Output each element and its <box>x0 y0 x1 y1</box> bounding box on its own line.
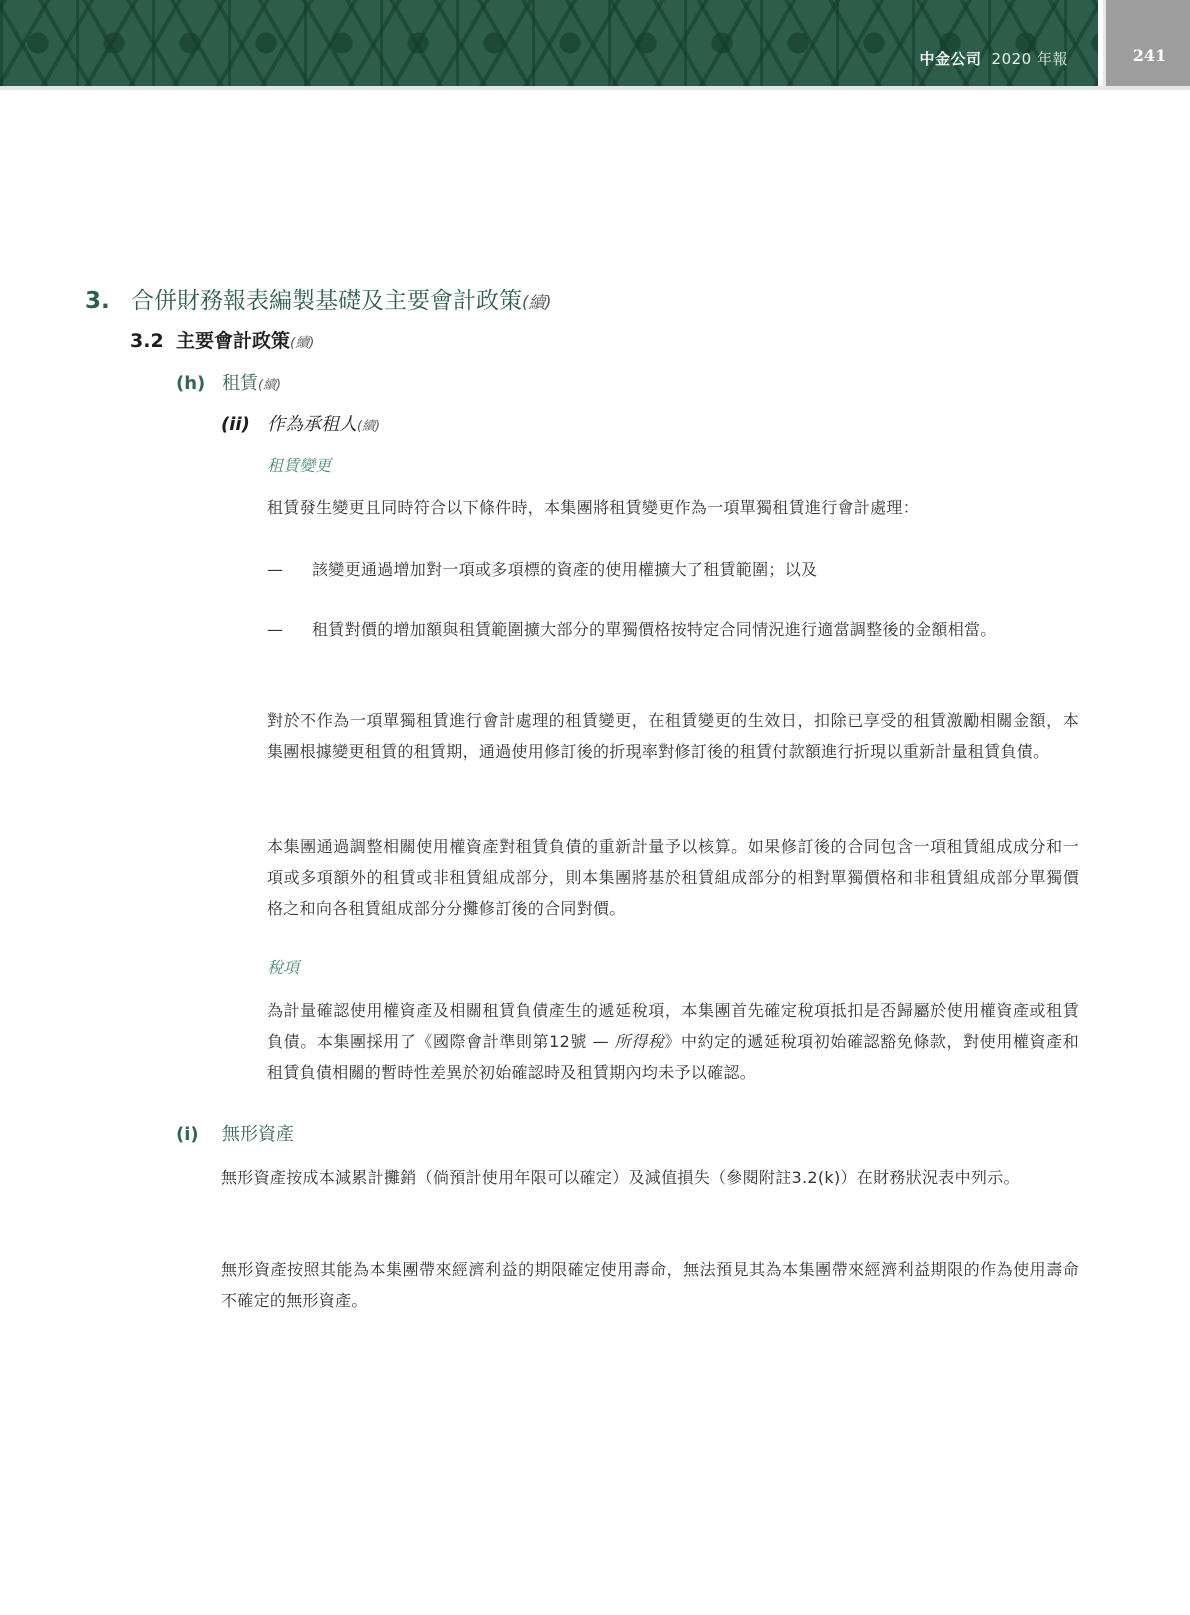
header-divider <box>0 86 1190 90</box>
item-i-number: (i) <box>176 1124 222 1145</box>
section-heading: 3.合併財務報表編製基礎及主要會計政策(續) <box>85 282 551 315</box>
section-title: 合併財務報表編製基礎及主要會計政策 <box>131 288 522 314</box>
tax-heading: 稅項 <box>267 955 299 978</box>
decorative-banner: 中金公司2020 年報 <box>0 0 1098 86</box>
intangible-assets-paragraph-2: 無形資產按照其能為本集團帶來經濟利益的期限確定使用壽命，無法預見其為本集團帶來經… <box>221 1254 1079 1316</box>
item-h-number: (h) <box>176 373 222 394</box>
item-ii-title: 作為承租人 <box>267 414 357 435</box>
subsection-title: 主要會計政策 <box>176 330 290 352</box>
item-h-heading: (h)租賃(續) <box>176 369 281 395</box>
continued-label: (續) <box>522 293 551 312</box>
item-ii-number: (ii) <box>221 414 267 435</box>
lease-modification-intro: 租賃發生變更且同時符合以下條件時，本集團將租賃變更作為一項單獨租賃進行會計處理： <box>267 492 1079 523</box>
item-i-title: 無形資產 <box>222 1124 294 1145</box>
tax-paragraph: 為計量確認使用權資產及相關租賃負債產生的遞延稅項，本集團首先確定稅項抵扣是否歸屬… <box>267 995 1079 1088</box>
page-number: 241 <box>1106 46 1190 65</box>
item-i-heading: (i)無形資產 <box>176 1120 294 1146</box>
page-number-box: 241 <box>1103 0 1190 86</box>
tax-standard-name: 所得稅 <box>615 1032 665 1051</box>
item-h-title: 租賃 <box>222 373 258 394</box>
lease-modification-paragraph-2: 本集團通過調整相關使用權資產對租賃負債的重新計量予以核算。如果修訂後的合同包含一… <box>267 831 1079 924</box>
bullet-item: — 該變更通過增加對一項或多項標的資產的使用權擴大了租賃範圍；以及 <box>267 554 1079 585</box>
company-name: 中金公司 <box>920 50 982 68</box>
subsection-number: 3.2 <box>130 330 176 352</box>
page-header: 中金公司2020 年報 241 <box>0 0 1190 92</box>
bullet-text: 租賃對價的增加額與租賃範圍擴大部分的單獨價格按特定合同情況進行適當調整後的金額相… <box>312 614 1079 645</box>
lease-modification-heading: 租賃變更 <box>267 453 331 476</box>
continued-label: (續) <box>290 335 314 351</box>
continued-label: (續) <box>258 378 281 393</box>
intangible-assets-paragraph-1: 無形資產按成本減累計攤銷（倘預計使用年限可以確定）及減值損失（參閱附註3.2(k… <box>221 1162 1079 1193</box>
report-year: 2020 年報 <box>992 50 1068 68</box>
bullet-item: — 租賃對價的增加額與租賃範圍擴大部分的單獨價格按特定合同情況進行適當調整後的金… <box>267 614 1079 676</box>
lease-modification-paragraph-1: 對於不作為一項單獨租賃進行會計處理的租賃變更，在租賃變更的生效日，扣除已享受的租… <box>267 705 1079 767</box>
section-number: 3. <box>85 288 131 314</box>
subsection-heading: 3.2主要會計政策(續) <box>130 326 314 353</box>
continued-label: (續) <box>357 419 380 434</box>
dash-marker: — <box>267 554 283 585</box>
report-title: 中金公司2020 年報 <box>920 48 1068 69</box>
bullet-text: 該變更通過增加對一項或多項標的資產的使用權擴大了租賃範圍；以及 <box>312 554 1079 585</box>
item-ii-heading: (ii)作為承租人(續) <box>221 410 380 436</box>
dash-marker: — <box>267 614 283 645</box>
